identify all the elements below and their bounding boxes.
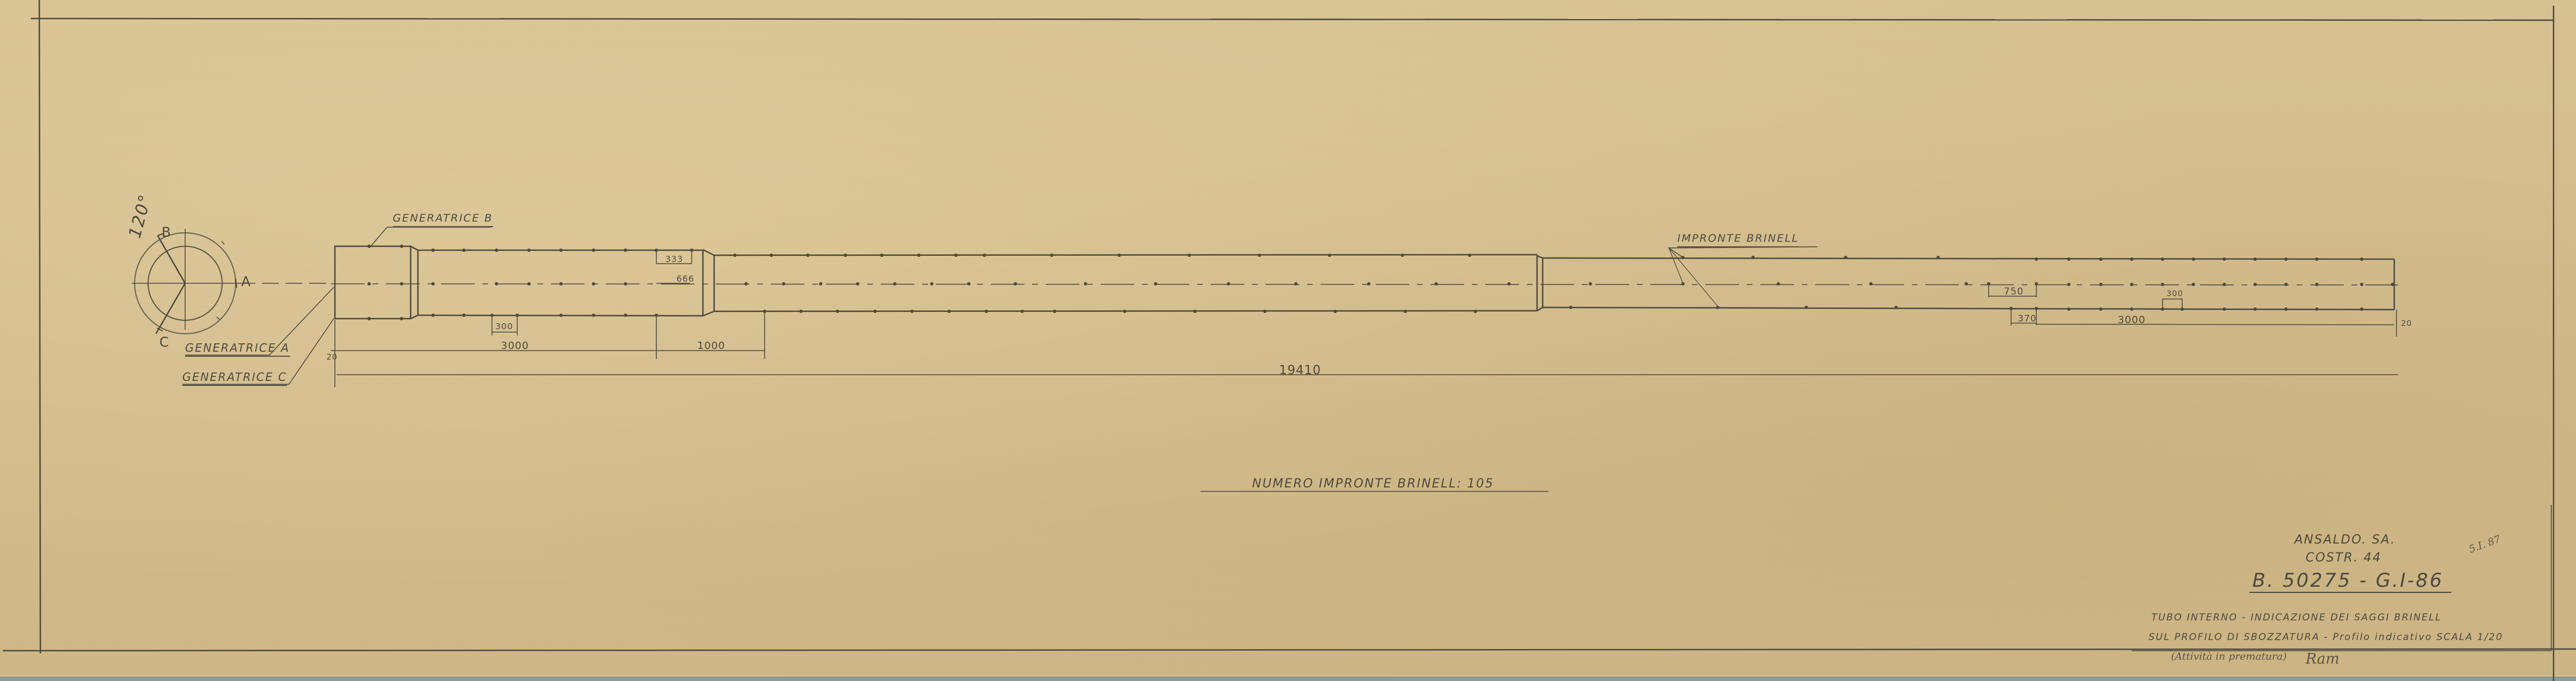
border-top [31,19,2554,20]
leader-brinell [1669,247,1818,257]
title-line-2: SUL PROFILO DI SBOZZATURA - Profilo indi… [2149,633,2503,642]
dim-300-right: 300 [2166,290,2183,298]
dim-20-right: 20 [2401,320,2412,328]
dim-333: 333 [665,255,683,264]
dim-666: 666 [677,275,694,283]
point-a-label: A [241,275,251,288]
dim-300-left: 300 [495,323,513,331]
tube-breech-section [335,246,418,319]
construction-number: COSTR. 44 [2306,552,2381,564]
dimension-lines [331,250,2398,387]
dim-750: 750 [2004,287,2023,297]
handwritten-note: (Attività in prematura) [2171,651,2287,662]
cross-section [132,229,331,334]
generatrix-c-label: GENERATRICE C [182,371,287,386]
signature: Ram [2306,651,2339,668]
brinell-count-note: NUMERO IMPRONTE BRINELL: 105 [1252,478,1494,490]
point-c-label: C [159,335,169,349]
tube-section-4 [1543,258,2394,310]
point-b-label: B [162,226,171,239]
tube-section-3 [714,255,1543,311]
company-name: ANSALDO. SA. [2294,534,2396,546]
dim-3000-left: 3000 [501,341,529,351]
leader-generatrix-b [370,227,491,247]
brinell-impressions-label: IMPRONTE BRINELL [1677,233,1799,247]
technical-drawing [0,0,2576,681]
dim-3000-right: 3000 [2118,315,2146,325]
generatrix-a-label: GENERATRICE A [185,342,290,357]
dim-1000: 1000 [697,341,725,351]
dim-overall-19410: 19410 [1279,365,1321,377]
border-left [39,0,40,654]
title-line-1: TUBO INTERNO - INDICAZIONE DEI SAGGI BRI… [2151,613,2442,623]
tube-centerline [331,284,2398,285]
drawing-number: B. 50275 - G.I-86 [2252,571,2444,590]
dim-370: 370 [2018,314,2037,323]
dim-20-left: 20 [326,353,338,361]
generatrix-b-label: GENERATRICE B [393,213,493,227]
